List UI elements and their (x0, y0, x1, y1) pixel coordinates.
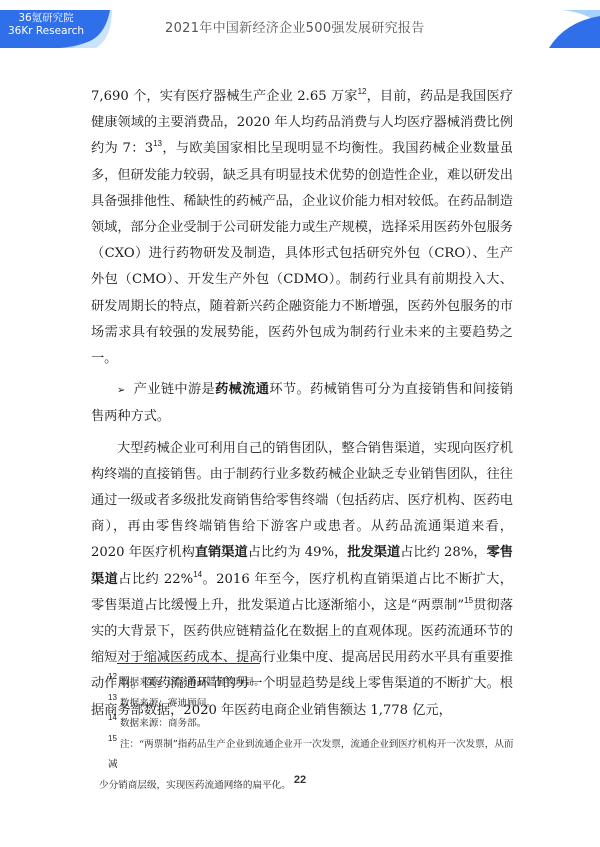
footnote-13: 13 数据来源：赛迪顾问。 (108, 694, 523, 715)
logo-text: 36氪研究院 36Kr Research (0, 12, 92, 38)
arrow-bullet-icon: ➢ (117, 385, 125, 396)
text-run: 占比约 28%， (400, 545, 486, 560)
footnote-ref-15[interactable]: 15 (464, 596, 473, 605)
footnote-number: 15 (108, 734, 117, 743)
page-header: 36氪研究院 36Kr Research 2021年中国新经济企业500强发展研… (0, 0, 600, 48)
text-run: 大型药械企业可利用自己的销售团队，整合销售渠道，实现向医疗机构终端的直接销售。由… (91, 441, 513, 561)
footnote-text: 数据来源：赛迪顾问。 (120, 698, 216, 709)
footnote-ref-13[interactable]: 13 (153, 139, 162, 148)
footnote-number: 12 (108, 672, 117, 681)
page-number: 22 (0, 774, 600, 786)
footnote-text: 数据来源：国家药品监督管理局。 (120, 677, 264, 688)
text-run: 占比约 22% (118, 572, 193, 587)
corner-decoration-icon (545, 10, 600, 48)
footnote-15: 15 注：“两票制”指药品生产企业到流通企业开一次发票，流通企业到医疗机构开一次… (108, 735, 523, 776)
bold-term: 批发渠道 (347, 545, 400, 560)
bold-term: 直销渠道 (195, 545, 248, 560)
footnote-12: 12 数据来源：国家药品监督管理局。 (108, 673, 523, 694)
bold-term: 药械流通 (215, 382, 269, 397)
footnote-ref-14[interactable]: 14 (193, 570, 202, 579)
paragraph-2: ➢产业链中游是药械流通环节。药械销售可分为直接销售和间接销售两种方式。 (91, 377, 513, 430)
logo-english: 36Kr Research (0, 25, 92, 38)
footnote-divider (117, 663, 260, 664)
text-run: ，与欧美国家相比呈现明显不均衡性。我国药械企业数量虽多，但研发能力较弱，缺乏具有… (91, 141, 513, 366)
report-title: 2021年中国新经济企业500强发展研究报告 (165, 17, 425, 36)
body-text: 7,690 个，实有医疗器械生产企业 2.65 万家12，目前，药品是我国医疗健… (91, 84, 513, 724)
footnote-14: 14 数据来源：商务部。 (108, 714, 523, 735)
footnote-text: 注：“两票制”指药品生产企业到流通企业开一次发票，流通企业到医疗机构开一次发票，… (108, 739, 514, 771)
footnote-number: 13 (108, 693, 117, 702)
footnote-text: 数据来源：商务部。 (120, 718, 206, 729)
text-run: 7,690 个，实有医疗器械生产企业 2.65 万家 (91, 89, 358, 104)
text-run: 产业链中游是 (133, 382, 215, 397)
text-run: 占比约为 49%， (248, 545, 348, 560)
logo-chinese: 36氪研究院 (0, 12, 92, 25)
paragraph-1: 7,690 个，实有医疗器械生产企业 2.65 万家12，目前，药品是我国医疗健… (91, 84, 513, 372)
brand-logo: 36氪研究院 36Kr Research (0, 10, 120, 48)
footnote-number: 14 (108, 713, 117, 722)
